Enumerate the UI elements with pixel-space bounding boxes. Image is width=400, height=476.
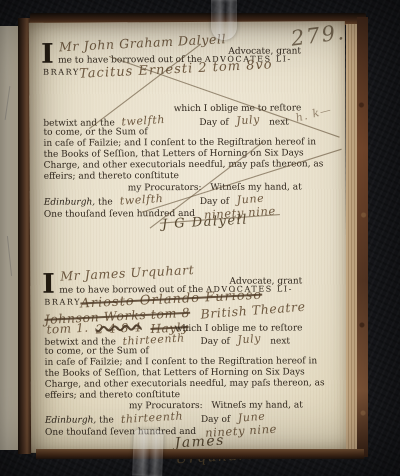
due-month-handwritten: July	[237, 332, 262, 347]
printed-effeirs-line: effeirs; and thereto conſtitute	[44, 170, 302, 181]
fore-edge-pages	[346, 24, 357, 452]
due-month-handwritten: July	[236, 113, 261, 128]
printed-books-line: the Books of Seſſion, that Letters of Ho…	[44, 148, 302, 159]
printed-effeirs-line: effeirs; and thereto conſtitute	[45, 389, 303, 400]
printed-books-line: the Books of Seſſion, that Letters of Ho…	[45, 367, 303, 378]
printed-failzie-line: in caſe of Failzie; and I conſent to the…	[45, 356, 303, 367]
due-day-handwritten: twelfth	[121, 113, 165, 128]
procurators-line: my Procurators: Witneſs my hand, at	[45, 400, 303, 401]
register-page: 279. h. k— I Mr John Graham Dalyell Advo…	[29, 21, 347, 453]
printed-restore-line: which I oblige me to reſtore	[43, 103, 301, 114]
printed-charge-line: Charge, and other executorials needful, …	[44, 159, 302, 170]
photo-background: 279. h. k— I Mr John Graham Dalyell Advo…	[0, 0, 400, 476]
show-through-mark	[5, 86, 11, 120]
signature-handwritten: James Urquhart	[174, 428, 304, 467]
printed-procurators: my Procurators:	[128, 183, 202, 193]
printed-failzie-line: in caſe of Failzie; and I conſent to the…	[43, 137, 301, 148]
loan-entry-1: I Mr John Graham Dalyell Advocate, grant…	[43, 37, 302, 248]
board-marbled-edge	[357, 17, 368, 457]
board-bottom-edge	[36, 449, 364, 459]
plastic-strap-bottom	[132, 429, 164, 476]
plastic-strap-top	[211, 0, 237, 40]
printed-charge-line: Charge, and other executorials needful, …	[45, 378, 303, 389]
printed-sum-line: to come, or the Sum of	[43, 126, 301, 137]
procurators-line: my Procurators: Witneſs my hand, at	[44, 182, 302, 183]
show-through-mark	[7, 236, 12, 276]
facing-page-edge	[0, 26, 18, 450]
printed-sum-line: to come, or the Sum of	[45, 345, 303, 356]
loan-entry-2: I Mr James Urquhart Advocate, grant me t…	[44, 267, 303, 468]
